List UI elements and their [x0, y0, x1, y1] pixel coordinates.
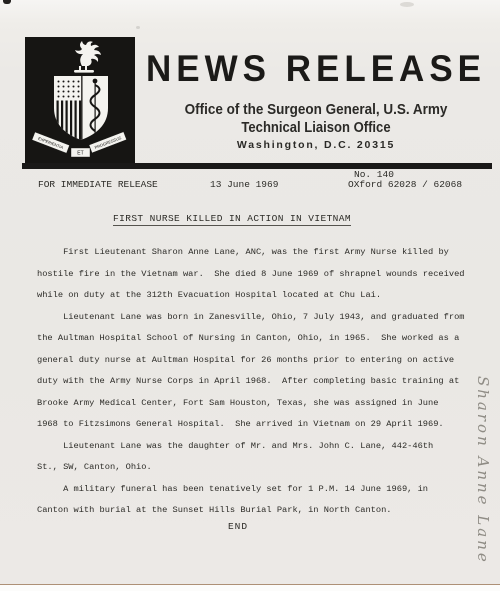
org-line-liaison-office: Technical Liaison Office [159, 120, 472, 136]
news-release-title: NEWS RELEASE [142, 48, 490, 90]
headline-row: FIRST NURSE KILLED IN ACTION IN VIETNAM [6, 208, 458, 226]
release-date: 13 June 1969 [210, 179, 278, 190]
org-line-address: Washington, D.C. 20315 [142, 139, 490, 151]
army-medical-department-crest: EXPERIENTIA PROGRESSUS ET [25, 37, 135, 163]
end-marker: END [0, 521, 476, 532]
paragraph-2: Lieutenant Lane was born in Zanesville, … [37, 307, 475, 436]
paragraph-4: A military funeral has been tenatively s… [37, 479, 475, 522]
scan-smudge [400, 2, 414, 7]
handwritten-annotation: Sharon Anne Lane [474, 376, 492, 571]
motto-bottom-text: ET [77, 151, 83, 157]
release-phone: OXford 62028 / 62068 [348, 179, 462, 190]
headline: FIRST NURSE KILLED IN ACTION IN VIETNAM [113, 213, 351, 226]
release-label: FOR IMMEDIATE RELEASE [38, 179, 158, 190]
masthead-rule [22, 163, 492, 169]
body-text: First Lieutenant Sharon Anne Lane, ANC, … [37, 242, 475, 522]
paragraph-3: Lieutenant Lane was the daughter of Mr. … [37, 436, 475, 479]
scan-artifact-speck [3, 0, 11, 4]
scan-smudge [136, 26, 140, 29]
paragraph-1: First Lieutenant Sharon Anne Lane, ANC, … [37, 242, 475, 307]
masthead: NEWS RELEASE Office of the Surgeon Gener… [142, 48, 490, 151]
motto-ribbon-bottom: ET [71, 148, 90, 157]
org-line-surgeon-general: Office of the Surgeon General, U.S. Army [159, 101, 472, 118]
news-release-page: EXPERIENTIA PROGRESSUS ET NEWS RELEASE O… [0, 0, 500, 591]
scan-bottom-edge [0, 584, 500, 591]
crest-icon: EXPERIENTIA PROGRESSUS ET [25, 37, 135, 163]
